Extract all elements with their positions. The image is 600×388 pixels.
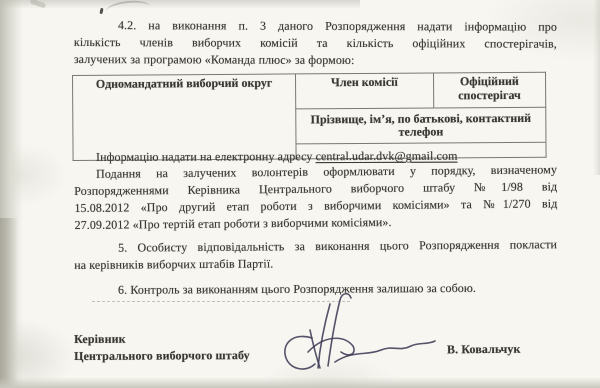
scan-edge-right [593, 0, 600, 175]
paragraph-podannya: Подання на залучених волонтерів оформлюв… [74, 161, 558, 234]
table-header-row: Одномандатний виборчий округ Член комісі… [73, 72, 546, 110]
signer-role-line1: Керівник [74, 330, 250, 348]
paragraph-4-2-line: кількість членів виборчих комісій та кіл… [74, 34, 557, 53]
paragraph-podannya-line: 27.09.2012 «Про тертій етап роботи з виб… [74, 212, 557, 234]
scan-edge-left [0, 0, 24, 388]
signature-stroke [285, 336, 315, 369]
signer-role: Керівник Центрального виборчого штабу [74, 330, 250, 365]
signature-stroke [335, 341, 435, 362]
signature-stroke [318, 304, 330, 368]
table-header-commission-member: Член комісії [296, 73, 434, 109]
paragraph-4-2-line: 4.2. на виконання п. 3 даного Розпорядже… [74, 17, 557, 36]
handwritten-signature [265, 288, 450, 380]
scan-ink-speck [99, 8, 103, 14]
table-subheader-name-phone: Прізвище, ім’я, по батькові, контактний … [296, 107, 546, 144]
table-header-official-observer: Офіційний спостерігач [433, 72, 546, 108]
signer-name: В. Ковальчук [447, 341, 521, 359]
paragraph-5: 5. Особисту відповідальність за виконанн… [74, 236, 557, 274]
email-address: central.udar.dvk@gmail.com [316, 149, 458, 163]
paragraph-5-line: на керівників виборчих штабів Партії. [74, 253, 557, 274]
email-instruction-prefix: Інформацію надати на електронну адресу [96, 149, 316, 164]
signer-role-line2: Центрального виборчого штабу [74, 347, 250, 365]
scan-edge-top [0, 0, 360, 9]
scan-edge-left-shadow [0, 218, 20, 388]
scan-smudge-top-left [30, 0, 47, 9]
paragraph-4-2: 4.2. на виконання п. 3 даного Розпорядже… [74, 17, 557, 70]
scanned-document-page: 4.2. на виконання п. 3 даного Розпорядже… [0, 0, 600, 388]
paragraph-4-2-line: залучених за програмою «Команда плюс» за… [74, 51, 557, 70]
